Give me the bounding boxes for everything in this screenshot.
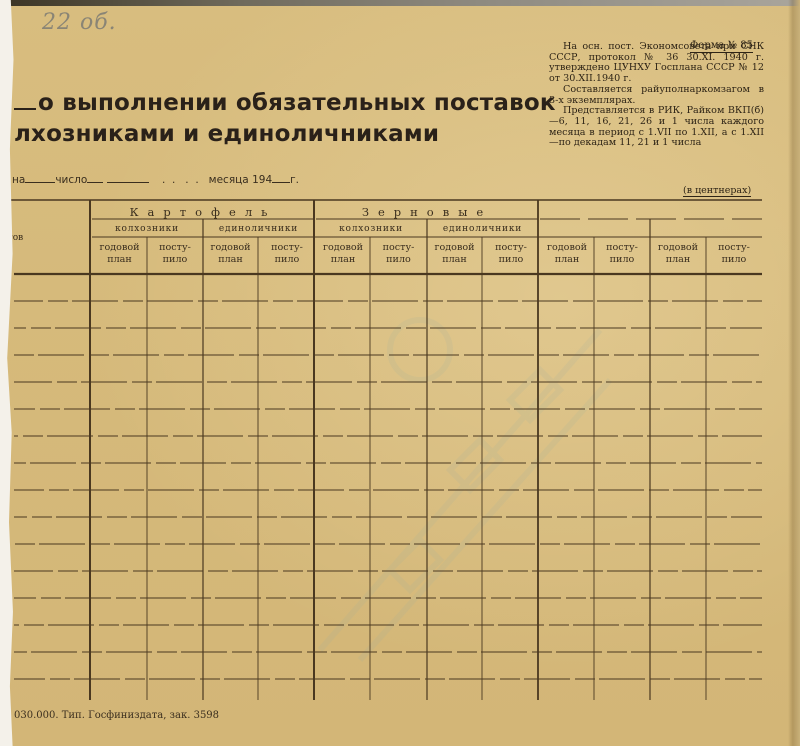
table-cell[interactable]: [428, 383, 481, 408]
table-cell[interactable]: [595, 410, 649, 435]
table-cell[interactable]: [707, 437, 761, 462]
handwritten-page-number: 22 об.: [42, 10, 117, 35]
table-cell[interactable]: [595, 464, 649, 489]
table-cell[interactable]: [259, 491, 315, 516]
table-cell[interactable]: [541, 518, 593, 543]
table-cell[interactable]: [259, 302, 315, 327]
table-cell[interactable]: [204, 653, 257, 678]
subgroup-kolkhozniki-grains: колхозники: [316, 224, 426, 234]
approval-notes: На осн. пост. Экономсовета при СНК СССР,…: [549, 42, 764, 149]
column-header-line-2: пило: [147, 254, 203, 266]
table-cell[interactable]: [259, 518, 315, 543]
group-header-potatoes: Картофель: [92, 205, 314, 219]
table-cell[interactable]: [483, 491, 539, 516]
table-cell[interactable]: [428, 518, 481, 543]
table-cell[interactable]: [541, 464, 593, 489]
row-label-cell[interactable]: [15, 383, 91, 408]
table-cell[interactable]: [148, 626, 202, 651]
table-cell[interactable]: [317, 626, 369, 651]
row-label-cell[interactable]: [15, 491, 91, 516]
group-header-grains: Зерновые: [316, 205, 538, 219]
table-cell[interactable]: [428, 275, 481, 300]
table-cell[interactable]: [541, 410, 593, 435]
table-cell[interactable]: [148, 572, 202, 597]
table-cell[interactable]: [651, 491, 705, 516]
column-header-line-2: план: [203, 254, 258, 266]
table-cell[interactable]: [483, 410, 539, 435]
table-cell[interactable]: [204, 302, 257, 327]
table-cell[interactable]: [93, 302, 146, 327]
column-header-line-1: посту-: [258, 242, 316, 254]
column-header-line-2: план: [540, 254, 594, 266]
table-cell[interactable]: [259, 356, 315, 381]
table-cell[interactable]: [651, 356, 705, 381]
table-cell[interactable]: [707, 626, 761, 651]
table-cell[interactable]: [204, 464, 257, 489]
table-cell[interactable]: [371, 491, 426, 516]
column-header-line-1: годовой: [540, 242, 594, 254]
column-header-line-2: пило: [706, 254, 762, 266]
table-cell[interactable]: [204, 356, 257, 381]
table-cell[interactable]: [651, 653, 705, 678]
table-cell[interactable]: [541, 437, 593, 462]
column-header-received: посту-пило: [594, 242, 650, 266]
table-cell[interactable]: [707, 302, 761, 327]
table-cell[interactable]: [428, 410, 481, 435]
month-label: месяца: [209, 174, 249, 186]
scan-top-edge: [0, 0, 800, 6]
table-cell[interactable]: [595, 275, 649, 300]
table-cell[interactable]: [483, 275, 539, 300]
table-cell[interactable]: [651, 545, 705, 570]
table-cell[interactable]: [317, 491, 369, 516]
table-cell[interactable]: [483, 626, 539, 651]
column-header-line-1: посту-: [706, 242, 762, 254]
table-cell[interactable]: [541, 572, 593, 597]
table-cell[interactable]: [317, 329, 369, 354]
row-label-cell[interactable]: [15, 599, 91, 624]
table-cell[interactable]: [428, 653, 481, 678]
printer-imprint: 030.000. Тип. Госфиниздата, зак. 3598: [14, 710, 219, 721]
table-cell[interactable]: [707, 464, 761, 489]
table-cell[interactable]: [428, 491, 481, 516]
table-cell[interactable]: [707, 383, 761, 408]
subgroup-edinolichniki-grains: единоличники: [427, 224, 538, 234]
table-cell[interactable]: [259, 437, 315, 462]
table-cell[interactable]: [371, 356, 426, 381]
column-header-annual-plan: годовойплан: [540, 242, 594, 266]
table-cell[interactable]: [93, 491, 146, 516]
table-cell[interactable]: [707, 518, 761, 543]
table-cell[interactable]: [707, 599, 761, 624]
table-cell[interactable]: [317, 275, 369, 300]
column-header-received: посту-пило: [258, 242, 316, 266]
table-cell[interactable]: [204, 437, 257, 462]
units-note: (в центнерах): [683, 185, 751, 197]
table-cell[interactable]: [428, 356, 481, 381]
row-label-cell[interactable]: [15, 329, 91, 354]
table-cell[interactable]: [148, 275, 202, 300]
title-line-1-text: о выполнении обязательных поставок: [38, 90, 556, 116]
table-cell[interactable]: [595, 302, 649, 327]
table-cell[interactable]: [317, 518, 369, 543]
table-cell[interactable]: [428, 437, 481, 462]
row-label-cell[interactable]: [15, 545, 91, 570]
table-cell[interactable]: [651, 329, 705, 354]
table-cell[interactable]: [259, 599, 315, 624]
table-cell[interactable]: [93, 626, 146, 651]
column-header-line-2: пило: [258, 254, 316, 266]
table-cell[interactable]: [371, 518, 426, 543]
column-header-line-2: план: [427, 254, 482, 266]
table-cell[interactable]: [259, 653, 315, 678]
table-cell[interactable]: [148, 329, 202, 354]
table-cell[interactable]: [595, 491, 649, 516]
note-copies: Составляется райуполнаркомзагом в 3-х эк…: [549, 85, 764, 106]
column-header-line-1: годовой: [203, 242, 258, 254]
table-cell[interactable]: [204, 329, 257, 354]
table-cell[interactable]: [93, 599, 146, 624]
table-cell[interactable]: [541, 356, 593, 381]
table-cell[interactable]: [595, 356, 649, 381]
table-cell[interactable]: [204, 491, 257, 516]
table-cell[interactable]: [371, 626, 426, 651]
table-cell[interactable]: [93, 545, 146, 570]
table-cell[interactable]: [204, 545, 257, 570]
table-cell[interactable]: [93, 356, 146, 381]
table-cell[interactable]: [483, 599, 539, 624]
table-cell[interactable]: [317, 653, 369, 678]
row-label-cell[interactable]: [15, 464, 91, 489]
table-cell[interactable]: [595, 545, 649, 570]
table-cell[interactable]: [371, 653, 426, 678]
row-label-cell[interactable]: [15, 356, 91, 381]
row-label-cell[interactable]: [15, 437, 91, 462]
table-cell[interactable]: [651, 572, 705, 597]
table-cell[interactable]: [707, 572, 761, 597]
table-cell[interactable]: [93, 275, 146, 300]
table-cell[interactable]: [148, 302, 202, 327]
table-cell[interactable]: [148, 437, 202, 462]
table-cell[interactable]: [541, 626, 593, 651]
table-cell[interactable]: [317, 356, 369, 381]
table-cell[interactable]: [204, 518, 257, 543]
date-prefix: на: [12, 174, 25, 186]
table-cell[interactable]: [317, 410, 369, 435]
page-right-edge: [788, 0, 800, 746]
table-cell[interactable]: [371, 410, 426, 435]
table-cell[interactable]: [651, 302, 705, 327]
table-cell[interactable]: [483, 437, 539, 462]
day-blank-field[interactable]: [25, 173, 55, 183]
table-cell[interactable]: [371, 545, 426, 570]
table-cell[interactable]: [371, 437, 426, 462]
row-label-cell[interactable]: [15, 518, 91, 543]
table-cell[interactable]: [483, 653, 539, 678]
table-cell[interactable]: [651, 599, 705, 624]
table-cell[interactable]: [93, 383, 146, 408]
column-header-line-1: годовой: [427, 242, 482, 254]
table-cell[interactable]: [428, 329, 481, 354]
year-blank-field[interactable]: [272, 173, 290, 183]
table-cell[interactable]: [371, 383, 426, 408]
table-cell[interactable]: [707, 545, 761, 570]
column-header-line-1: годовой: [92, 242, 147, 254]
table-cell[interactable]: [428, 464, 481, 489]
table-cell[interactable]: [371, 275, 426, 300]
column-header-annual-plan: годовойплан: [650, 242, 706, 266]
table-cell[interactable]: [595, 653, 649, 678]
table-cell[interactable]: [595, 599, 649, 624]
table-cell[interactable]: [428, 572, 481, 597]
subgroup-edinolichniki-potatoes: единоличники: [203, 224, 314, 234]
table-cell[interactable]: [371, 572, 426, 597]
table-cell[interactable]: [541, 383, 593, 408]
note-submission: Представляется в РИК, Райком ВКП(б)—6, 1…: [549, 106, 764, 149]
title-line-1: о выполнении обязательных поставок: [14, 88, 556, 119]
group-header-blank: [540, 205, 762, 219]
column-header-line-1: годовой: [650, 242, 706, 254]
column-header-line-1: посту-: [147, 242, 203, 254]
table-cell[interactable]: [651, 410, 705, 435]
table-cell[interactable]: [204, 599, 257, 624]
month-blank-field[interactable]: [107, 173, 149, 183]
table-cell[interactable]: [148, 356, 202, 381]
row-label-cell[interactable]: [15, 410, 91, 435]
table-cell[interactable]: [148, 383, 202, 408]
table-cell[interactable]: [483, 356, 539, 381]
row-label-cell[interactable]: [15, 572, 91, 597]
table-cell[interactable]: [483, 383, 539, 408]
table-cell[interactable]: [259, 383, 315, 408]
table-cell[interactable]: [259, 545, 315, 570]
table-cell[interactable]: [259, 275, 315, 300]
table-cell[interactable]: [541, 491, 593, 516]
title-blank-field[interactable]: [14, 108, 36, 110]
table-cell[interactable]: [317, 464, 369, 489]
table-cell[interactable]: [483, 518, 539, 543]
table-cell[interactable]: [595, 383, 649, 408]
column-header-line-2: план: [650, 254, 706, 266]
table-cell[interactable]: [428, 626, 481, 651]
table-cell[interactable]: [317, 383, 369, 408]
table-cell[interactable]: [541, 545, 593, 570]
table-cell[interactable]: [93, 464, 146, 489]
column-header-annual-plan: годовойплан: [427, 242, 482, 266]
table-cell[interactable]: [595, 572, 649, 597]
table-cell[interactable]: [93, 653, 146, 678]
table-cell[interactable]: [93, 410, 146, 435]
table-cell[interactable]: [148, 464, 202, 489]
table-cell[interactable]: [483, 329, 539, 354]
row-label-cell[interactable]: [15, 302, 91, 327]
table-cell[interactable]: [595, 437, 649, 462]
note-approval: На осн. пост. Экономсовета при СНК СССР,…: [549, 42, 764, 85]
table-cell[interactable]: [483, 545, 539, 570]
column-header-line-2: пило: [594, 254, 650, 266]
table-cell[interactable]: [651, 383, 705, 408]
report-date-line: начисло . . . . месяца 194г.: [12, 173, 299, 186]
table-cell[interactable]: [651, 626, 705, 651]
table-cell[interactable]: [707, 356, 761, 381]
table-cell[interactable]: [259, 626, 315, 651]
row-label-cell[interactable]: [15, 626, 91, 651]
table-cell[interactable]: [371, 599, 426, 624]
subgroup-kolkhozniki-potatoes: колхозники: [92, 224, 202, 234]
table-cell[interactable]: [148, 491, 202, 516]
table-cell[interactable]: [317, 437, 369, 462]
column-header-received: посту-пило: [706, 242, 762, 266]
table-cell[interactable]: [93, 572, 146, 597]
table-cell[interactable]: [259, 464, 315, 489]
year-suffix: г.: [290, 174, 299, 186]
column-header-line-1: посту-: [594, 242, 650, 254]
table-cell[interactable]: [595, 518, 649, 543]
table-cell[interactable]: [148, 545, 202, 570]
column-header-line-1: посту-: [482, 242, 540, 254]
table-cell[interactable]: [371, 329, 426, 354]
table-cell[interactable]: [428, 599, 481, 624]
column-header-received: посту-пило: [482, 242, 540, 266]
table-cell[interactable]: [204, 410, 257, 435]
column-header-line-2: план: [92, 254, 147, 266]
table-cell[interactable]: [707, 275, 761, 300]
table-cell[interactable]: [204, 626, 257, 651]
table-cell[interactable]: [541, 653, 593, 678]
day-label: число: [55, 174, 87, 186]
table-cell[interactable]: [204, 572, 257, 597]
table-cell[interactable]: [148, 518, 202, 543]
column-header-received: посту-пило: [147, 242, 203, 266]
table-cell[interactable]: [204, 383, 257, 408]
table-cell[interactable]: [148, 410, 202, 435]
table-cell[interactable]: [317, 572, 369, 597]
table-cell[interactable]: [371, 302, 426, 327]
column-header-line-2: план: [316, 254, 370, 266]
table-cell[interactable]: [317, 545, 369, 570]
table-cell[interactable]: [93, 329, 146, 354]
table-cell[interactable]: [541, 599, 593, 624]
table-cell[interactable]: [651, 437, 705, 462]
table-cell[interactable]: [541, 302, 593, 327]
title-line-2: лхозниками и единоличниками: [14, 119, 556, 150]
table-cell[interactable]: [651, 464, 705, 489]
row-label-cell[interactable]: [15, 275, 91, 300]
table-cell[interactable]: [204, 275, 257, 300]
table-cell[interactable]: [651, 518, 705, 543]
table-cell[interactable]: [259, 572, 315, 597]
table-cell[interactable]: [317, 302, 369, 327]
column-header-line-2: пило: [370, 254, 427, 266]
table-cell[interactable]: [707, 410, 761, 435]
page-title: о выполнении обязательных поставок лхозн…: [14, 88, 556, 150]
table-cell[interactable]: [428, 302, 481, 327]
table-cell[interactable]: [483, 464, 539, 489]
day-value-field[interactable]: [87, 173, 103, 183]
table-cell[interactable]: [93, 518, 146, 543]
column-header-line-1: годовой: [316, 242, 370, 254]
row-label-cell[interactable]: [15, 653, 91, 678]
table-cell[interactable]: [651, 275, 705, 300]
table-cell[interactable]: [371, 464, 426, 489]
column-header-annual-plan: годовойплан: [92, 242, 147, 266]
table-cell[interactable]: [259, 329, 315, 354]
table-cell[interactable]: [595, 329, 649, 354]
table-cell[interactable]: [428, 545, 481, 570]
table-cell[interactable]: [93, 437, 146, 462]
year-prefix: 194: [252, 174, 272, 186]
table-cell[interactable]: [541, 329, 593, 354]
table-cell[interactable]: [483, 572, 539, 597]
column-header-annual-plan: годовойплан: [203, 242, 258, 266]
table-cell[interactable]: [317, 599, 369, 624]
table-cell[interactable]: [259, 410, 315, 435]
table-cell[interactable]: [148, 653, 202, 678]
column-header-line-1: посту-: [370, 242, 427, 254]
column-header-annual-plan: годовойплан: [316, 242, 370, 266]
column-header-received: посту-пило: [370, 242, 427, 266]
table-cell[interactable]: [707, 491, 761, 516]
table-cell[interactable]: [707, 653, 761, 678]
column-header-line-2: пило: [482, 254, 540, 266]
table-cell[interactable]: [707, 329, 761, 354]
table-cell[interactable]: [148, 599, 202, 624]
table-cell[interactable]: [541, 275, 593, 300]
table-cell[interactable]: [595, 626, 649, 651]
table-cell[interactable]: [483, 302, 539, 327]
